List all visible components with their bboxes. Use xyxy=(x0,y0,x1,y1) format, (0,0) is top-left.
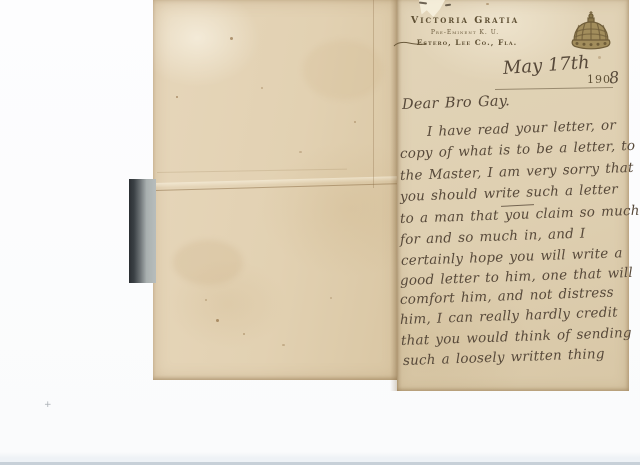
handwriting-line: you should write such a letter xyxy=(400,181,619,205)
fold-crease-faint xyxy=(157,169,347,173)
foxing-spot xyxy=(282,344,285,346)
crown-icon xyxy=(567,11,615,53)
foxing-spot xyxy=(230,37,233,40)
printed-date-rule xyxy=(495,87,613,90)
handwriting-line: I have read your letter, or xyxy=(427,117,617,140)
handwriting-line: to a man that you claim so much xyxy=(400,203,640,227)
paper-notch xyxy=(129,179,156,283)
letter-back-page xyxy=(153,0,399,380)
foxing-spot xyxy=(205,299,207,301)
letterhead-title: Pre-Eminent K. U. xyxy=(411,29,519,36)
foxing-spot xyxy=(354,121,356,123)
foxing-spot xyxy=(330,297,332,299)
handwriting-line: for and so much in, and I xyxy=(400,226,586,248)
handwriting-line: him, I can really hardly credit xyxy=(400,304,618,328)
handwriting-line: copy of what is to be a letter, to xyxy=(400,138,636,162)
handwriting-line: the Master, I am very sorry that xyxy=(400,160,634,184)
vertical-crease xyxy=(373,0,374,188)
foxing-spot xyxy=(216,319,219,322)
stain xyxy=(303,40,383,100)
scanner-edge xyxy=(0,452,640,465)
foxing-spot xyxy=(299,151,302,153)
foxing-spot xyxy=(176,96,178,98)
registration-mark: + xyxy=(44,400,52,410)
pencil-mark xyxy=(445,4,451,7)
foxing-spot xyxy=(243,333,245,335)
salutation: Dear Bro Gay. xyxy=(402,93,511,113)
letterhead-name: Victoria Gratia xyxy=(405,15,525,26)
letter-front-page: Victoria Gratia Pre-Eminent K. U. Estero… xyxy=(397,0,629,391)
page-seam-shadow xyxy=(390,0,402,391)
foxing-spot xyxy=(486,3,489,5)
printed-year-prefix: 190 xyxy=(587,73,611,86)
handwritten-year-digit: 8 xyxy=(608,68,620,88)
stain xyxy=(173,240,243,285)
scan-background: Victoria Gratia Pre-Eminent K. U. Estero… xyxy=(0,0,640,465)
foxing-spot xyxy=(598,56,601,59)
foxing-spot xyxy=(261,87,263,89)
handwriting-line: such a loosely written thing xyxy=(403,346,605,369)
handwriting-line: comfort him, and not distress xyxy=(400,285,614,308)
handwritten-date: May 17th xyxy=(502,52,590,79)
